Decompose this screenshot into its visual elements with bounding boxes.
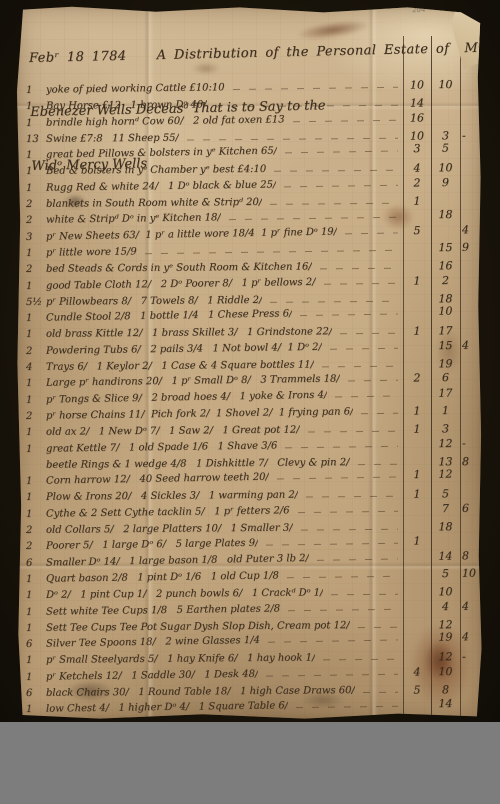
item-quantity: 1 [26, 149, 46, 160]
dash-leader [287, 575, 398, 578]
dash-leader [284, 184, 398, 187]
dash-leader [270, 300, 398, 302]
item-quantity: 1 [26, 573, 46, 584]
amount-pounds: 1 [403, 325, 431, 338]
dash-leader [268, 639, 398, 642]
amount-shillings: 4 [431, 599, 460, 612]
dash-leader [358, 626, 398, 627]
item-description: pʳ little wore 15/9 [46, 246, 137, 258]
amount-shillings: 17 [431, 324, 460, 337]
amount-shillings: 6 [431, 371, 460, 384]
dash-leader [266, 543, 398, 546]
item-quantity: 6 [26, 638, 46, 649]
amount-pounds: 1 [403, 468, 431, 481]
amount-pounds: 2 [403, 176, 431, 189]
amount-pounds: 4 [403, 162, 431, 175]
amount-shillings: 16 [431, 259, 460, 272]
amount-pounds: 16 [403, 111, 431, 124]
item-quantity: 1 [26, 166, 46, 177]
amount-pounds: 10 [403, 78, 431, 91]
item-quantity: 1 [26, 117, 46, 128]
dash-leader [324, 282, 398, 284]
dash-leader [298, 510, 398, 512]
amount-shillings: 15 [431, 338, 460, 351]
item-description: Smaller Dᵒ 14/ 1 large bason 1/8 old Put… [46, 552, 309, 568]
dash-leader [215, 105, 398, 108]
dash-leader [270, 202, 398, 204]
amount-pence: 4 [460, 222, 482, 235]
item-description: pʳ Small Steelyards 5/ 1 hay Knife 6/ 1 … [46, 652, 315, 665]
item-description: great Kettle 7/ 1 old Spade 1/6 1 Shave … [46, 440, 277, 454]
item-quantity: 1 [26, 247, 46, 258]
dash-leader [288, 608, 398, 611]
amount-shillings: 18 [431, 208, 460, 221]
dash-leader [285, 150, 398, 153]
item-quantity: 1 [26, 443, 46, 454]
dash-leader [301, 528, 398, 530]
item-quantity: 4 [26, 361, 46, 372]
item-quantity: 1 [26, 606, 46, 617]
item-quantity: 13 [26, 133, 46, 144]
amount-pence: 8 [460, 548, 482, 561]
item-description: Quart bason 2/8 1 pint Dᵒ 1/6 1 old Cup … [46, 570, 279, 584]
item-quantity: 1 [26, 312, 46, 323]
amount-pounds: 1 [403, 534, 431, 547]
dash-leader [285, 445, 398, 448]
item-description: Bay Horse £12 1 brown Dᵒ 40/ [46, 99, 207, 111]
item-description: Cundle Stool 2/8 1 bottle 1/4 1 Chese Pr… [46, 308, 293, 323]
amount-shillings: 9 [431, 175, 460, 188]
item-description: pʳ New Sheets 63/ 1 pʳ a little wore 18/… [46, 226, 337, 242]
item-quantity: 1 [26, 329, 46, 340]
amount-pounds: 2 [403, 371, 431, 384]
dash-leader [187, 137, 398, 140]
photo-background: 204 Febʳ 18 1784 A Distribution of the P… [0, 0, 500, 722]
item-quantity: 1 [26, 378, 46, 389]
dash-leader [361, 412, 398, 414]
item-description: pʳ Pillowbears 8/ 7 Towels 8/ 1 Riddle 2… [46, 294, 262, 307]
item-description: low Chest 4/ 1 higher Dᵒ 4/ 1 Square Tab… [46, 700, 288, 714]
dash-leader [335, 395, 398, 397]
item-description: great bed Pillows & bolsters in yᵉ Kitch… [46, 145, 277, 160]
dash-leader [322, 365, 398, 367]
item-quantity: 2 [26, 345, 46, 356]
item-description: old brass Kittle 12/ 1 brass Skillet 3/ … [46, 326, 332, 339]
amount-pounds: 1 [403, 273, 431, 286]
screenshot: 204 Febʳ 18 1784 A Distribution of the P… [0, 0, 500, 804]
item-quantity: 2 [26, 410, 46, 421]
item-quantity: 2 [26, 264, 46, 275]
item-quantity: 2 [26, 215, 46, 226]
item-quantity: 6 [26, 557, 46, 568]
item-description: Powdering Tubs 6/ 2 pails 3/4 1 Not bowl… [46, 341, 322, 356]
item-quantity: 6 [26, 687, 46, 698]
item-description: Plow & Irons 20/ 4 Sickles 3/ 1 warming … [46, 490, 298, 503]
amount-shillings: 10 [431, 78, 460, 91]
item-description: bed Steads & Cords in yᵉ South Room & Ki… [46, 261, 312, 274]
dash-leader [317, 558, 398, 560]
item-quantity: 1 [26, 84, 46, 95]
item-description: Silver Tee Spoons 18/ 2 wine Glasses 1/4 [46, 635, 260, 650]
item-quantity: 3 [26, 231, 46, 242]
amount-pence: 4 [460, 338, 482, 351]
amount-shillings: 14 [431, 697, 460, 710]
item-description: pʳ Ketchels 12/ 1 Saddle 30/ 1 Desk 48/ [46, 668, 258, 682]
item-quantity: 1 [26, 590, 46, 601]
item-quantity: 1 [26, 655, 46, 666]
amount-shillings: 12 [431, 467, 460, 481]
amount-shillings: 5 [431, 141, 460, 155]
amount-pence: - [460, 436, 482, 449]
item-quantity: 1 [26, 427, 46, 438]
dash-leader [345, 232, 398, 234]
item-description: pʳ horse Chains 11/ Pich fork 2/ 1 Shove… [46, 406, 354, 421]
amount-pounds: 1 [403, 422, 431, 435]
dash-leader [358, 463, 398, 464]
amount-shillings: 17 [431, 386, 460, 400]
amount-shillings: 12 [431, 436, 460, 449]
dash-leader [323, 659, 398, 661]
amount-pence: 9 [460, 240, 482, 253]
amount-shillings: 14 [431, 549, 460, 563]
amount-pounds: 14 [403, 96, 431, 109]
dash-leader [340, 333, 398, 335]
item-description: Bed & bolsters in yᵉ Chamber yᵉ best £4:… [46, 164, 266, 177]
dash-leader [233, 86, 398, 89]
amount-shillings: 10 [431, 585, 460, 598]
amount-shillings: 10 [431, 161, 460, 174]
amount-shillings: 5 [431, 487, 460, 500]
item-quantity: 1 [26, 704, 46, 715]
item-description: white & Stripᵈ Dᵒ in yᵉ Kitchen 18/ [46, 212, 221, 225]
item-quantity: 1 [26, 280, 46, 291]
amount-pounds: 5 [403, 223, 431, 236]
item-description: Rugg Red & white 24/ 1 Dᵒ black & blue 2… [46, 179, 276, 193]
item-description: Dᵒ 2/ 1 pint Cup 1/ 2 punch bowls 6/ 1 C… [46, 587, 323, 600]
amount-shillings: 7 [431, 501, 460, 514]
amount-shillings: 3 [431, 422, 460, 435]
item-description: Swine £7:8 11 Sheep 55/ [46, 132, 179, 144]
item-description: Trays 6/ 1 Keylor 2/ 1 Case & 4 Square b… [46, 359, 314, 372]
dash-leader [274, 170, 398, 172]
amount-pence: 10 [460, 566, 482, 579]
manuscript-page: 204 Febʳ 18 1784 A Distribution of the P… [16, 6, 482, 720]
heading-line: Febʳ 18 1784 A Distribution of the Perso… [29, 40, 477, 68]
dash-leader [330, 347, 398, 349]
amount-shillings: 12 [431, 650, 460, 663]
amount-shillings: 1 [431, 403, 460, 416]
item-quantity: 1 [26, 671, 46, 682]
amount-pounds: 3 [403, 142, 431, 155]
dash-leader [331, 594, 398, 596]
item-description: good Table Cloth 12/ 2 Dᵒ Poorer 8/ 1 pʳ… [46, 276, 316, 291]
amount-pounds: 4 [403, 665, 431, 678]
amount-pounds: 5 [403, 683, 431, 696]
item-quantity: 1 [26, 622, 46, 633]
item-quantity: 1 [26, 508, 46, 519]
dash-leader [266, 673, 398, 676]
item-quantity: 1 [26, 182, 46, 193]
dash-leader [306, 496, 398, 498]
item-quantity: 2 [26, 541, 46, 552]
item-description: old Collars 5/ 2 large Platters 10/ 1 Sm… [46, 522, 293, 535]
amount-shillings [431, 229, 460, 230]
dash-leader [229, 217, 398, 220]
amount-shillings: 15 [431, 240, 460, 253]
item-quantity: 1 [26, 101, 46, 112]
dash-leader [300, 313, 398, 316]
dash-leader [145, 249, 398, 254]
gray-matte [0, 722, 500, 804]
amount-pounds: 1 [403, 487, 431, 500]
amount-shillings: 5 [431, 566, 460, 579]
item-description: Corn harrow 12/ 40 Seed harrow teeth 20/ [46, 471, 269, 486]
item-description: pʳ Tongs & Slice 9/ 2 broad hoes 4/ 1 yo… [46, 389, 327, 405]
dash-leader [348, 380, 398, 382]
item-quantity: 5½ [26, 296, 46, 307]
item-quantity: 2 [26, 199, 46, 210]
item-description: brindle high hornᵈ Cow 60/ 2 old fat oxe… [46, 114, 285, 128]
amount-pence: 4 [460, 599, 482, 612]
item-quantity: 1 [26, 492, 46, 503]
amount-pence: - [460, 650, 482, 663]
ledger-rows: 1 yoke of pied working Cattle £10:10 10 … [16, 82, 482, 718]
amount-pence: 6 [460, 501, 482, 514]
item-description: Sett white Tee Cups 1/8 5 Earthen plates… [46, 603, 280, 617]
item-description: yoke of pied working Cattle £10:10 [46, 82, 225, 95]
item-description: old ax 2/ 1 New Dᵒ 7/ 1 Saw 2/ 1 Great p… [46, 424, 300, 437]
dash-leader [308, 431, 398, 433]
amount-shillings: 10 [431, 664, 460, 677]
amount-shillings: 19 [431, 630, 460, 644]
amount-shillings: 10 [431, 304, 460, 318]
item-quantity: 1 [26, 475, 46, 486]
item-description: Cythe & 2 Sett Cythe tacklin 5/ 1 pʳ fet… [46, 505, 290, 519]
item-description: blankets in South Room white & Stripᵈ 20… [46, 197, 262, 210]
item-quantity: 2 [26, 524, 46, 535]
item-quantity: 1 [26, 394, 46, 405]
dash-leader [293, 119, 398, 121]
dash-leader [296, 706, 398, 708]
amount-pounds: 1 [403, 404, 431, 417]
item-description: Poorer 5/ 1 large Dᵒ 6/ 5 large Plates 9… [46, 538, 259, 552]
dash-leader [277, 476, 398, 479]
dash-leader [320, 268, 398, 270]
amount-pence: 4 [460, 630, 482, 643]
dash-leader [363, 691, 398, 692]
amount-shillings: 2 [431, 273, 460, 286]
